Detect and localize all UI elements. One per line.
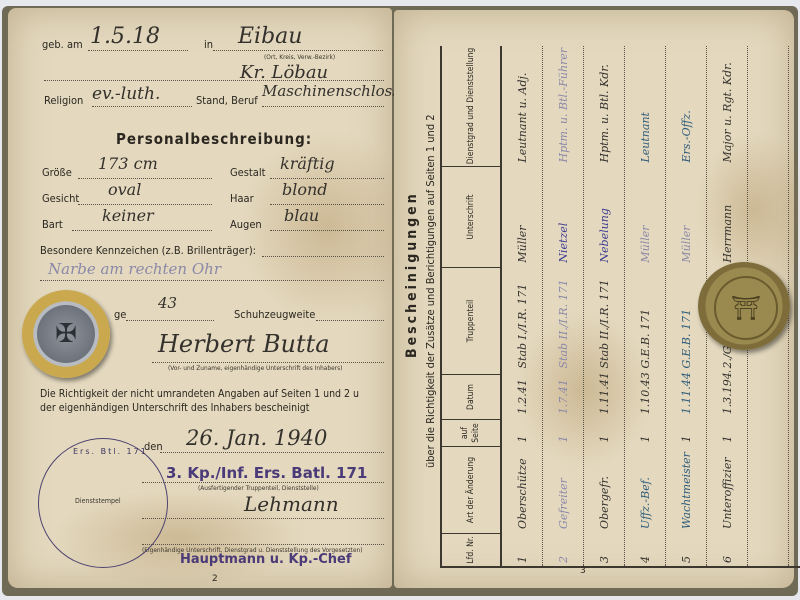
certifications-title: Bescheinigungen [404,191,420,358]
cell-rank: Hptm. u. Btl. Kdr. [584,46,624,166]
dotted-line [316,320,384,321]
cell-date: 1.11.44 [666,372,706,418]
occupation-value: Maschinenschlosser [262,82,416,100]
shoe-size-value: 43 [158,294,177,312]
birth-place-label: in [204,38,213,51]
col-header-unit: Truppenteil [442,267,500,374]
eyes-value: blau [284,206,319,225]
birth-date-label: geb. am [42,38,83,51]
col-header-date: Datum [442,374,500,419]
shoe-size-label: ge [114,308,126,321]
dotted-line [126,320,214,321]
page-number-right: 3 [580,566,586,576]
height-label: Größe [42,166,72,179]
cell-rank: Leutnant [625,46,665,166]
cell-type: Gefreiter [543,445,583,531]
dotted-line [270,178,384,179]
dotted-line [262,256,384,257]
officer-rank-stamp: Hauptmann u. Kp.-Chef [180,552,351,567]
officer-signature: Lehmann [244,492,339,516]
stamp-label: Dienststempel [75,497,121,505]
certifications-subtitle: über die Richtigkeit der Zusätze und Ber… [424,114,437,468]
cell-unit: G.E.B. 171 [625,266,665,372]
cell-page: 1 [543,417,583,445]
dotted-line [78,178,212,179]
one-euro-coin: ✠ [22,290,110,378]
cell-nr: 4 [625,532,665,566]
dotted-line [44,80,384,81]
cell-type: Wachtmeister [666,445,706,531]
cell-signature: Herrmann [707,166,747,266]
cell-nr: 1 [502,532,542,566]
cell-signature: Müller [625,166,665,266]
cell-signature: Nebelung [584,166,624,266]
hair-value: blond [282,180,328,199]
eyes-label: Augen [230,218,262,231]
cell-page: 1 [707,417,747,445]
signature-caption: (Vor- und Zuname, eigenhändige Unterschr… [168,364,342,372]
dotted-line [92,106,192,107]
dotted-line [270,204,384,205]
cell-date: 1.10.43 [625,372,665,418]
marks-label: Besondere Kennzeichen (z.B. Brillenträge… [40,244,256,257]
cell-nr: 5 [666,532,706,566]
twenty-cent-coin: ⛩ [698,262,790,350]
occupation-label: Stand, Beruf [196,94,258,107]
dotted-line [213,50,383,51]
cell-type: Unteroffizier [707,445,747,531]
stamp-ring-text: Ers. Btl. 171 [73,447,148,456]
section-title: Personalbeschreibung: [116,130,312,148]
dotted-line [72,230,212,231]
cell-unit: Stab I./I.R. 171 [502,266,542,372]
dotted-line [270,230,384,231]
certification-line-2: der eigenhändigen Unterschrift des Inhab… [40,402,309,414]
table-row: 2 Gefreiter 1 1.7.41 Stab II./I.R. 171 N… [543,46,584,566]
col-header-signature: Unterschrift [442,166,500,267]
cell-type: Oberschütze [502,445,542,531]
cell-nr: 6 [707,532,747,566]
build-value: kräftig [280,154,335,173]
cell-rank: Major u. Rgt. Kdr. [707,46,747,166]
col-header-type: Art der Änderung [442,446,500,533]
brandenburg-gate-icon: ⛩ [714,276,778,340]
marks-value: Narbe am rechten Ohr [48,260,221,278]
cell-date: 1.7.41 [543,372,583,418]
col-header-page: auf Seite [442,419,500,446]
holder-signature: Herbert Butta [158,330,330,358]
hair-label: Haar [230,192,254,205]
cell-rank: Hptm. u. Btl.-Führer [543,46,583,166]
footwear-label: Schuhzeugweite [234,308,315,321]
cell-date: 1.2.41 [502,372,542,418]
cell-nr: 2 [543,532,583,566]
official-stamp: Ers. Btl. 171 Dienststempel [38,438,168,568]
cell-type: Uffz.-Bef. [625,445,665,531]
cell-nr: 3 [584,532,624,566]
table-row: 1 Oberschütze 1 1.2.41 Stab I./I.R. 171 … [502,46,543,566]
unit-caption: (Ausfertigender Truppenteil, Dienststell… [198,484,319,492]
religion-label: Religion [44,94,83,107]
col-header-nr: Lfd. Nr. [442,533,500,566]
cell-unit: Stab II./I.R. 171 [543,266,583,372]
issue-date: 26. Jan. 1940 [186,426,327,450]
dotted-line [152,362,384,363]
dotted-line [88,50,188,51]
religion-value: ev.-luth. [92,84,160,104]
cell-date: 1.3.1945 [707,372,747,418]
unit-stamp: 3. Kp./Inf. Ers. Batl. 171 [166,464,367,482]
cell-page: 1 [625,417,665,445]
table-row-empty [789,46,800,566]
cell-signature: Nietzel [543,166,583,266]
cell-rank: Ers.-Offz. [666,46,706,166]
birth-date-value: 1.5.18 [90,24,160,49]
dotted-line [262,106,384,107]
cell-signature: Müller [666,166,706,266]
face-label: Gesicht [42,192,79,205]
dotted-line [78,204,212,205]
height-value: 173 cm [98,154,158,173]
table-header: Lfd. Nr. Art der Änderung auf Seite Datu… [440,46,502,566]
cell-type: Obergefr. [584,445,624,531]
build-label: Gestalt [230,166,266,179]
dotted-line [142,518,384,519]
cell-rank: Leutnant u. Adj. [502,46,542,166]
page-number-left: 2 [212,574,218,584]
table-row: 3 Obergefr. 1 1.11.41 Stab II./I.R. 171 … [584,46,625,566]
table-row: 4 Uffz.-Bef. 1 1.10.43 G.E.B. 171 Müller… [625,46,666,566]
cell-page: 1 [502,417,542,445]
cell-unit: Stab II./I.R. 171 [584,266,624,372]
dotted-line [40,280,384,281]
dotted-line [160,452,384,453]
eagle-icon: ✠ [37,305,95,363]
beard-value: keiner [102,206,154,225]
dotted-line [142,482,384,483]
cell-date: 1.11.41 [584,372,624,418]
face-value: oval [108,180,141,199]
dotted-line [142,544,384,545]
birth-place-value: Eibau [238,24,302,49]
cell-signature: Müller [502,166,542,266]
beard-label: Bart [42,218,63,231]
certification-line-1: Die Richtigkeit der nicht umrandeten Ang… [40,388,359,400]
col-header-rank: Dienstgrad und Dienststellung [442,46,500,166]
cell-page: 1 [666,417,706,445]
place-caption: (Ort, Kreis, Verw.-Bezirk) [264,53,335,61]
cell-page: 1 [584,417,624,445]
